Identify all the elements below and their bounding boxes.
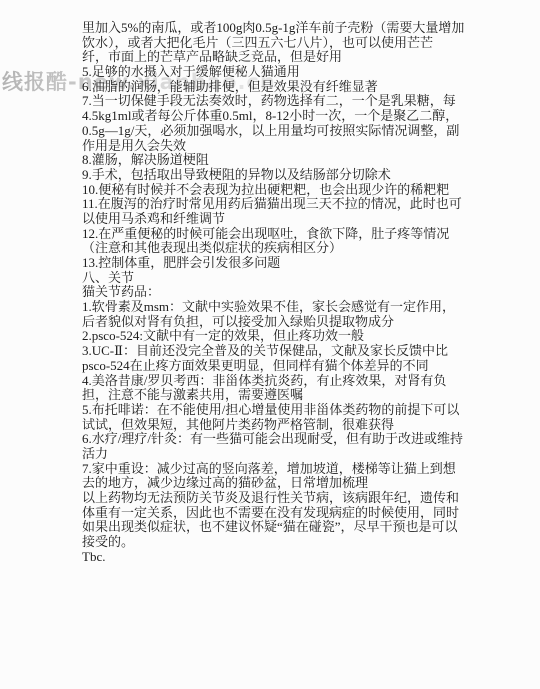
- text-line: 6.油脂的润肠，能辅助排便，但是效果没有纤维显著: [82, 80, 540, 95]
- text-line: 5.布托啡诺：在不能使用/担心增量使用非甾体类药物的前提下可以: [82, 403, 540, 418]
- text-line: 9.手术，包括取出导致梗阻的异物以及结肠部分切除术: [82, 168, 540, 183]
- text-line: 4.5kg1ml或者每公斤体重0.5ml，8-12小时一次，一个是聚乙二醇，: [82, 109, 540, 124]
- text-line: 7.当一切保健手段无法奏效时，药物选择有二，一个是乳果糖，每: [82, 94, 540, 109]
- text-line: 13.控制体重，肥胖会引发很多问题: [82, 256, 540, 271]
- text-line: 担，注意不能与激素共用，需要遵医嘱: [82, 388, 540, 403]
- text-line: 0.5g—1g/天，必须加强喝水，以上用量均可按照实际情况调整，副: [82, 124, 540, 139]
- text-line: psco-524在止疼方面效果更明显，但同样有猫个体差异的不同: [82, 359, 540, 374]
- text-line: 以使用马杀鸡和纤维调节: [82, 212, 540, 227]
- document-page: 线报酷-new.xianbao.cn 里加入5%的南瓜，或者100g肉0.5g-…: [0, 0, 540, 689]
- text-line: 猫关节药品：: [82, 285, 540, 300]
- text-line: 2.psco-524:文献中有一定的效果，但止疼功效一般: [82, 329, 540, 344]
- text-line: 4.美洛昔康/罗贝考西：非甾体类抗炎药，有止疼效果，对肾有负: [82, 374, 540, 389]
- text-line: 6.水疗/理疗/针灸：有一些猫可能会出现耐受，但有助于改进或维持: [82, 432, 540, 447]
- document-text-block: 里加入5%的南瓜，或者100g肉0.5g-1g洋车前子壳粉（需要大量增加饮水），…: [0, 0, 540, 564]
- text-line: （注意和其他表现出类似症状的疾病相区分）: [82, 241, 540, 256]
- text-line: 纤，市面上的芒草产品略缺乏竞品，但是好用: [82, 50, 540, 65]
- text-line: 接受的。: [82, 535, 540, 550]
- text-line: 7.家中重设：减少过高的竖向落差，增加坡道，楼梯等让猫上到想: [82, 462, 540, 477]
- text-line: 5.足够的水摄入对于缓解便秘人猫通用: [82, 65, 540, 80]
- text-line: Tbc.: [82, 550, 540, 565]
- text-line: 3.UC-Ⅱ：目前还没完全普及的关节保健品，文献及家长反馈中比: [82, 344, 540, 359]
- text-line: 去的地方，减少边缘过高的猫砂盆，日常增加梳理: [82, 476, 540, 491]
- text-line: 8.灌肠，解决肠道梗阻: [82, 153, 540, 168]
- text-line: 里加入5%的南瓜，或者100g肉0.5g-1g洋车前子壳粉（需要大量增加: [82, 21, 540, 36]
- text-line: 饮水），或者大把化毛片（三四五六七八片），也可以使用芒芒: [82, 36, 540, 51]
- text-line: 12.在严重便秘的时候可能会出现呕吐，食欲下降，肚子疼等情况: [82, 227, 540, 242]
- text-line: 八、关节: [82, 271, 540, 286]
- text-line: 后者貌似对肾有负担，可以接受加入绿贻贝提取物成分: [82, 315, 540, 330]
- text-line: 10.便秘有时候并不会表现为拉出硬粑粑，也会出现少许的稀粑粑: [82, 183, 540, 198]
- text-line: 如果出现类似症状，也不建议怀疑“猫在碰瓷”，尽早干预也是可以: [82, 520, 540, 535]
- text-line: 体重有一定关系，因此也不需要在没有发现病症的时候使用，同时: [82, 506, 540, 521]
- text-line: 作用是用久会失效: [82, 139, 540, 154]
- text-line: 活力: [82, 447, 540, 462]
- text-line: 以上药物均无法预防关节炎及退行性关节病，该病跟年纪，遗传和: [82, 491, 540, 506]
- text-line: 11.在腹泻的治疗时常见用药后猫猫出现三天不拉的情况，此时也可: [82, 197, 540, 212]
- text-line: 1.软骨素及msm：文献中实验效果不佳，家长会感觉有一定作用，: [82, 300, 540, 315]
- text-line: 试试，但效果短，其他阿片类药物严格管制，很难获得: [82, 418, 540, 433]
